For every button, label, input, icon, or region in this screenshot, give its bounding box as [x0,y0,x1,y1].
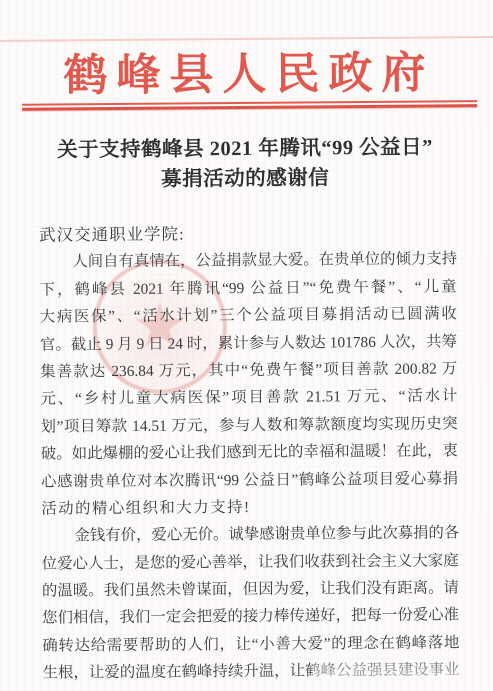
body-line: 划”项目筹款 14.51 万元，参与人数和筹款额度均实现历史突 [41,410,458,441]
body-line: 心感谢贵单位对本次腾讯“99 公益日”鹤峰公益项目爱心募捐 [41,465,458,496]
body-line: 确转达给需要帮助的人们，让“小善大爱”的理念在鹤峰落地 [42,629,459,660]
body-line: 集善款达 236.84 万元，其中“免费午餐”项目善款 200.82 万 [40,355,457,386]
body-line: 人间自有真情在，公益捐款显大爱。在贵单位的倾力支持 [39,246,456,277]
body-line: 大病医保”、“活水计划”三个公益项目募捐活动已圆满收 [40,301,457,332]
body-line: 金钱有价，爱心无价。诚挚感谢贵单位参与此次募捐的各 [41,520,458,551]
doc-title-line2: 募捐活动的感谢信 [0,162,492,196]
doc-title: 关于支持鹤峰县 2021 年腾讯“99 公益日” 募捐活动的感谢信 [0,132,492,196]
body-line: 下，鹤峰县 2021 年腾讯“99 公益日”“免费午餐”、“儿童 [39,273,456,304]
doc-title-line1: 关于支持鹤峰县 2021 年腾讯“99 公益日” [0,132,492,166]
body-text: 武汉交通职业学院: 人间自有真情在，公益捐款显大爱。在贵单位的倾力支持下，鹤峰县… [39,218,460,687]
body-line: 生根，让爱的温度在鹤峰持续升温，让鹤峰公益强县建设事业 [42,657,459,688]
salutation: 武汉交通职业学院: [39,218,456,249]
letterhead-issuer: 鹤峰县人民政府 [0,48,491,102]
scan-tilt-wrapper: 鹤峰县人民政府 关于支持鹤峰县 2021 年腾讯“99 公益日” 募捐活动的感谢… [0,0,493,691]
scanned-letter-page: 鹤峰县人民政府 关于支持鹤峰县 2021 年腾讯“99 公益日” 募捐活动的感谢… [0,0,493,691]
red-double-rule [22,100,477,111]
body-line: 官。截止 9 月 9 日 24 时，累计参与人数达 101786 人次，共筹 [40,328,457,359]
body-line: 破。如此爆棚的爱心让我们感到无比的幸福和温暖！在此，衷 [41,437,458,468]
body-line: 位爱心人士，是您的爱心善举，让我们收获到社会主义大家庭 [42,547,459,578]
body-line: 您们相信，我们一定会把爱的接力棒传递好，把每一份爱心准 [42,602,459,633]
body-line: 元、“乡村儿童大病医保”项目善款 21.51 万元、“活水计 [40,383,457,414]
scan-edge-line [0,36,493,42]
body-line: 的温暖。我们虽然未曾谋面，但因为爱，让我们没有距离。请 [42,574,459,605]
body-line: 活动的精心组织和大力支持! [41,492,458,523]
